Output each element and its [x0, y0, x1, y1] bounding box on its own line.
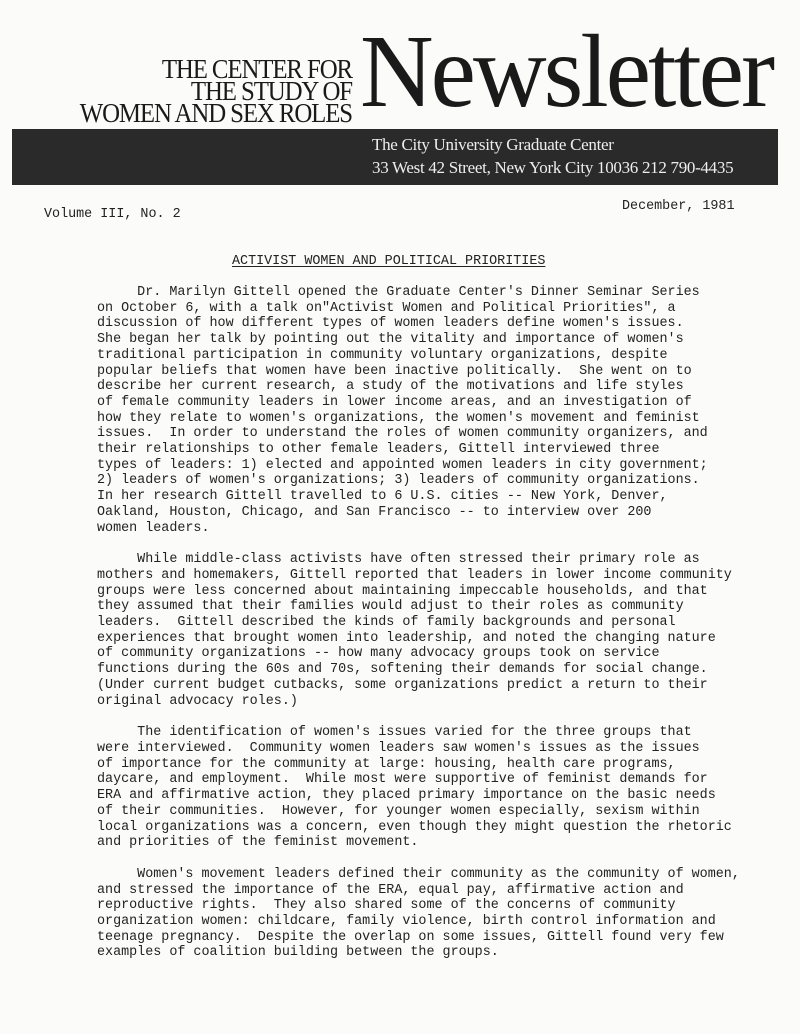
paragraph-line: organization women: childcare, family vi… — [97, 914, 797, 930]
paragraph-line: Dr. Marilyn Gittell opened the Graduate … — [97, 285, 797, 301]
paragraph-line: they assumed that their families would a… — [97, 599, 797, 615]
article-paragraph: Women's movement leaders defined their c… — [97, 867, 797, 961]
paragraph-line: and stressed the importance of the ERA, … — [97, 883, 797, 899]
paragraph-line: reproductive rights. They also shared so… — [97, 898, 797, 914]
paragraph-line: While middle-class activists have often … — [97, 552, 797, 568]
paragraph-line: daycare, and employment. While most were… — [97, 772, 797, 788]
paragraph-line: types of leaders: 1) elected and appoint… — [97, 458, 797, 474]
paragraph-line: of their communities. However, for young… — [97, 804, 797, 820]
newsletter-title: Newsletter — [360, 20, 772, 124]
paragraph-line: of community organizations -- how many a… — [97, 646, 797, 662]
paragraph-line: leaders. Gittell described the kinds of … — [97, 615, 797, 631]
address-banner: The City University Graduate Center 33 W… — [12, 129, 778, 185]
paragraph-line: 2) leaders of women's organizations; 3) … — [97, 473, 797, 489]
paragraph-line: examples of coalition building between t… — [97, 945, 797, 961]
paragraph-line: women leaders. — [97, 521, 797, 537]
paragraph-line: In her research Gittell travelled to 6 U… — [97, 489, 797, 505]
volume-number: Volume III, No. 2 — [44, 207, 181, 222]
article-paragraph: Dr. Marilyn Gittell opened the Graduate … — [97, 285, 797, 536]
paragraph-line: She began her talk by pointing out the v… — [97, 332, 797, 348]
article-title: ACTIVIST WOMEN AND POLITICAL PRIORITIES — [232, 254, 545, 269]
paragraph-line: teenage pregnancy. Despite the overlap o… — [97, 930, 797, 946]
paragraph-line: describe her current research, a study o… — [97, 379, 797, 395]
organization-name-line-3: WOMEN AND SEX ROLES — [47, 102, 352, 124]
paragraph-line: how they relate to women's organizations… — [97, 411, 797, 427]
paragraph-line: discussion of how different types of wom… — [97, 316, 797, 332]
paragraph-line: of female community leaders in lower inc… — [97, 395, 797, 411]
paragraph-line: original advocacy roles.) — [97, 694, 797, 710]
paragraph-line: experiences that brought women into lead… — [97, 631, 797, 647]
paragraph-line: local organizations was a concern, even … — [97, 820, 797, 836]
article-paragraph: The identification of women's issues var… — [97, 725, 797, 851]
organization-name: THE CENTER FOR THE STUDY OF WOMEN AND SE… — [47, 58, 352, 124]
institution-address: 33 West 42 Street, New York City 10036 2… — [372, 158, 733, 178]
article-paragraph: While middle-class activists have often … — [97, 552, 797, 709]
issue-date: December, 1981 — [622, 199, 735, 214]
paragraph-line: functions during the 60s and 70s, soften… — [97, 662, 797, 678]
paragraph-line: groups were less concerned about maintai… — [97, 584, 797, 600]
paragraph-line: Women's movement leaders defined their c… — [97, 867, 797, 883]
paragraph-line: traditional participation in community v… — [97, 348, 797, 364]
paragraph-line: Oakland, Houston, Chicago, and San Franc… — [97, 505, 797, 521]
paragraph-line: mothers and homemakers, Gittell reported… — [97, 568, 797, 584]
institution-name: The City University Graduate Center — [372, 135, 614, 155]
article-body: Dr. Marilyn Gittell opened the Graduate … — [97, 285, 797, 977]
paragraph-line: The identification of women's issues var… — [97, 725, 797, 741]
paragraph-line: and priorities of the feminist movement. — [97, 835, 797, 851]
paragraph-line: (Under current budget cutbacks, some org… — [97, 678, 797, 694]
paragraph-line: popular beliefs that women have been ina… — [97, 364, 797, 380]
paragraph-line: on October 6, with a talk on"Activist Wo… — [97, 301, 797, 317]
paragraph-line: their relationships to other female lead… — [97, 442, 797, 458]
paragraph-line: were interviewed. Community women leader… — [97, 741, 797, 757]
paragraph-line: issues. In order to understand the roles… — [97, 426, 797, 442]
paragraph-line: ERA and affirmative action, they placed … — [97, 788, 797, 804]
paragraph-line: of importance for the community at large… — [97, 757, 797, 773]
